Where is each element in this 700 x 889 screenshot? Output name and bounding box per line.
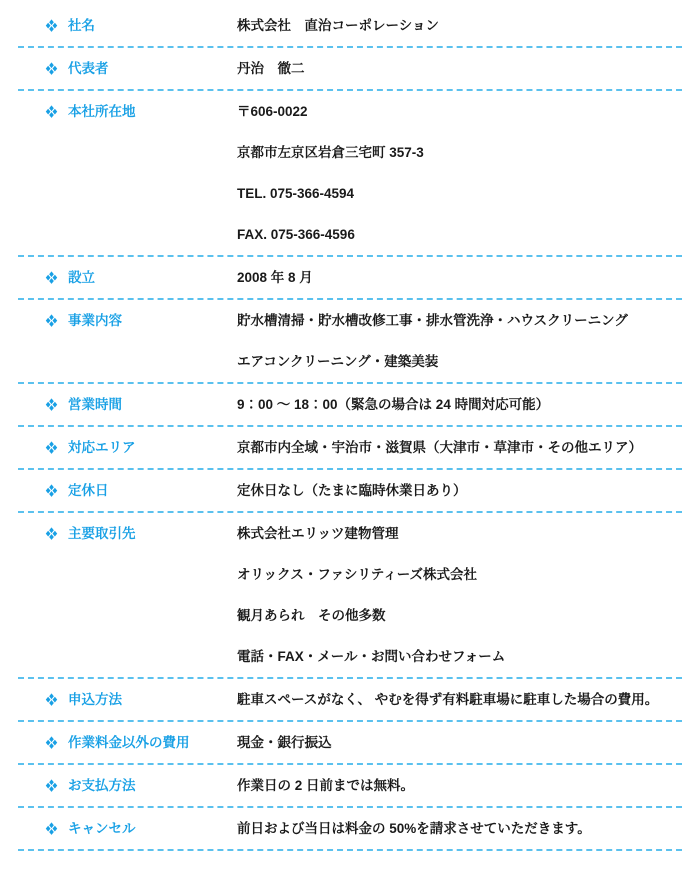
row-value-line: 貯水槽清掃・貯水槽改修工事・排水管洗浄・ハウスクリーニング — [237, 300, 682, 341]
row-label: 本社所在地 — [68, 91, 136, 132]
row-label-cell: 代表者 — [18, 48, 237, 89]
row-value-line: 現金・銀行振込 — [237, 722, 682, 763]
row-label-cell: 定休日 — [18, 470, 237, 511]
table-row: 本社所在地 〒606-0022京都市左京区岩倉三宅町 357-3TEL. 075… — [18, 91, 682, 257]
table-row: 作業料金以外の費用 現金・銀行振込 — [18, 722, 682, 765]
table-row: 定休日 定休日なし（たまに臨時休業日あり） — [18, 470, 682, 513]
row-label: 申込方法 — [68, 679, 122, 720]
row-label: お支払方法 — [68, 765, 136, 806]
row-label: キャンセル — [68, 808, 136, 849]
row-label: 営業時間 — [68, 384, 122, 425]
row-value-line: 〒606-0022 — [237, 91, 682, 132]
table-row: 対応エリア 京都市内全域・宇治市・滋賀県（大津市・草津市・その他エリア） — [18, 427, 682, 470]
row-label: 代表者 — [68, 48, 109, 89]
row-label: 事業内容 — [68, 300, 122, 341]
row-value-line: 作業日の 2 日前までは無料。 — [237, 765, 682, 806]
table-row: 代表者 丹治 徹二 — [18, 48, 682, 91]
row-label: 作業料金以外の費用 — [68, 722, 190, 763]
table-row: 設立 2008 年 8 月 — [18, 257, 682, 300]
row-values: 株式会社エリッツ建物管理オリックス・ファシリティーズ株式会社観月あられ その他多… — [237, 513, 682, 677]
row-values: 京都市内全域・宇治市・滋賀県（大津市・草津市・その他エリア） — [237, 427, 682, 468]
row-label-cell: 社名 — [18, 5, 237, 46]
row-values: 駐車スペースがなく、 やむを得ず有料駐車場に駐車した場合の費用。 — [237, 679, 682, 720]
row-value-line: 9：00 ～ 18：00（緊急の場合は 24 時間対応可能） — [237, 384, 682, 425]
row-value-line: 株式会社エリッツ建物管理 — [237, 513, 682, 554]
row-label: 社名 — [68, 5, 95, 46]
row-values: 貯水槽清掃・貯水槽改修工事・排水管洗浄・ハウスクリーニングエアコンクリーニング・… — [237, 300, 682, 382]
four-diamonds-icon — [45, 257, 58, 298]
row-value-line: TEL. 075-366-4594 — [237, 173, 682, 214]
four-diamonds-icon — [45, 679, 58, 720]
company-info-table: 社名 株式会社 直治コーポレーション 代表者 丹治 徹二 — [0, 0, 700, 851]
table-row: 営業時間 9：00 ～ 18：00（緊急の場合は 24 時間対応可能） — [18, 384, 682, 427]
row-value-line: 京都市左京区岩倉三宅町 357-3 — [237, 132, 682, 173]
row-values: 丹治 徹二 — [237, 48, 682, 89]
four-diamonds-icon — [45, 384, 58, 425]
row-values: 株式会社 直治コーポレーション — [237, 5, 682, 46]
row-values: 〒606-0022京都市左京区岩倉三宅町 357-3TEL. 075-366-4… — [237, 91, 682, 255]
four-diamonds-icon — [45, 513, 58, 554]
row-value-line: 京都市内全域・宇治市・滋賀県（大津市・草津市・その他エリア） — [237, 427, 682, 468]
row-label-cell: 設立 — [18, 257, 237, 298]
row-value-line: 2008 年 8 月 — [237, 257, 682, 298]
table-row: 社名 株式会社 直治コーポレーション — [18, 5, 682, 48]
row-value-line: 観月あられ その他多数 — [237, 595, 682, 636]
row-value-line: 株式会社 直治コーポレーション — [237, 5, 682, 46]
row-label-cell: 申込方法 — [18, 679, 237, 720]
row-values: 定休日なし（たまに臨時休業日あり） — [237, 470, 682, 511]
row-label: 対応エリア — [68, 427, 136, 468]
row-values: 2008 年 8 月 — [237, 257, 682, 298]
row-label: 設立 — [68, 257, 95, 298]
row-value-line: 電話・FAX・メール・お問い合わせフォーム — [237, 636, 682, 677]
row-value-line: オリックス・ファシリティーズ株式会社 — [237, 554, 682, 595]
row-values: 9：00 ～ 18：00（緊急の場合は 24 時間対応可能） — [237, 384, 682, 425]
row-value-line: FAX. 075-366-4596 — [237, 214, 682, 255]
row-label: 定休日 — [68, 470, 109, 511]
table-row: 事業内容 貯水槽清掃・貯水槽改修工事・排水管洗浄・ハウスクリーニングエアコンクリ… — [18, 300, 682, 384]
row-label-cell: 作業料金以外の費用 — [18, 722, 237, 763]
table-row: 主要取引先 株式会社エリッツ建物管理オリックス・ファシリティーズ株式会社観月あら… — [18, 513, 682, 679]
row-label: 主要取引先 — [68, 513, 136, 554]
row-values: 現金・銀行振込 — [237, 722, 682, 763]
row-label-cell: 主要取引先 — [18, 513, 237, 554]
row-label-cell: 営業時間 — [18, 384, 237, 425]
row-label-cell: お支払方法 — [18, 765, 237, 806]
row-value-line: エアコンクリーニング・建築美装 — [237, 341, 682, 382]
four-diamonds-icon — [45, 470, 58, 511]
row-values: 前日および当日は料金の 50%を請求させていただきます。 — [237, 808, 682, 849]
four-diamonds-icon — [45, 765, 58, 806]
row-value-line: 駐車スペースがなく、 やむを得ず有料駐車場に駐車した場合の費用。 — [237, 679, 682, 720]
four-diamonds-icon — [45, 91, 58, 132]
row-label-cell: キャンセル — [18, 808, 237, 849]
table-row: キャンセル 前日および当日は料金の 50%を請求させていただきます。 — [18, 808, 682, 851]
four-diamonds-icon — [45, 5, 58, 46]
four-diamonds-icon — [45, 427, 58, 468]
row-values: 作業日の 2 日前までは無料。 — [237, 765, 682, 806]
four-diamonds-icon — [45, 48, 58, 89]
row-value-line: 前日および当日は料金の 50%を請求させていただきます。 — [237, 808, 682, 849]
table-row: 申込方法 駐車スペースがなく、 やむを得ず有料駐車場に駐車した場合の費用。 — [18, 679, 682, 722]
four-diamonds-icon — [45, 722, 58, 763]
row-label-cell: 対応エリア — [18, 427, 237, 468]
row-label-cell: 事業内容 — [18, 300, 237, 341]
table-row: お支払方法 作業日の 2 日前までは無料。 — [18, 765, 682, 808]
row-value-line: 丹治 徹二 — [237, 48, 682, 89]
row-label-cell: 本社所在地 — [18, 91, 237, 132]
row-value-line: 定休日なし（たまに臨時休業日あり） — [237, 470, 682, 511]
four-diamonds-icon — [45, 300, 58, 341]
four-diamonds-icon — [45, 808, 58, 849]
